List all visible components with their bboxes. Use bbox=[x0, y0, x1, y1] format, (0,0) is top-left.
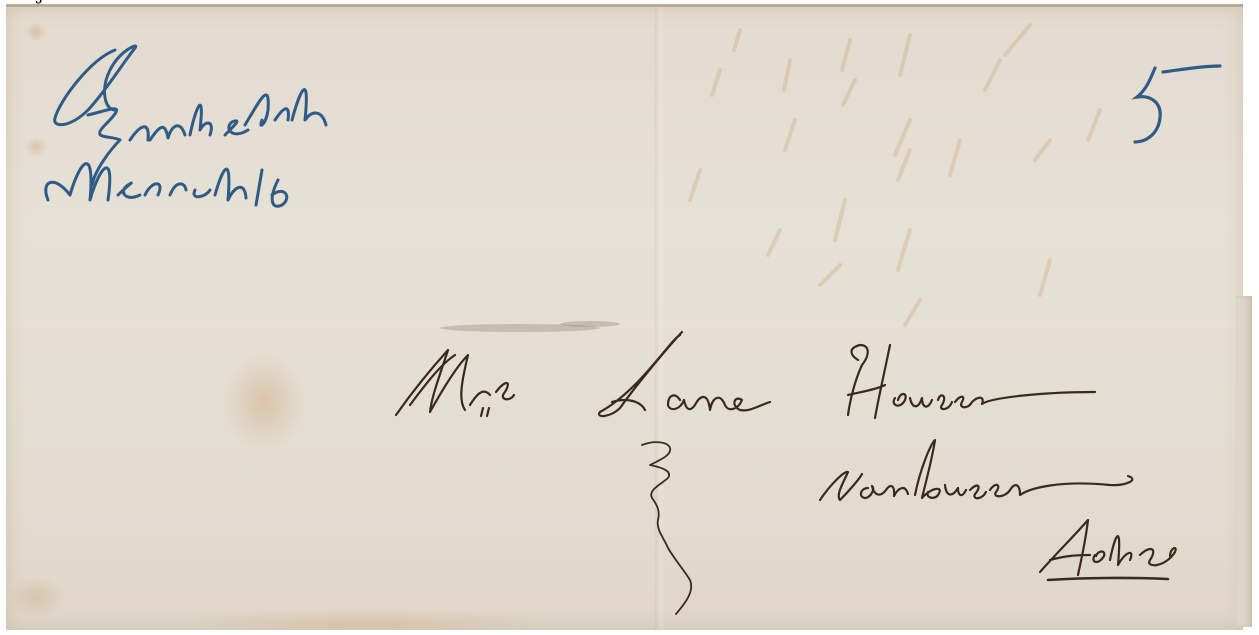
address-state: Arks bbox=[0, 0, 37, 4]
address-block: Mrs Jane Houser Vanbusen Arks bbox=[0, 0, 1259, 635]
